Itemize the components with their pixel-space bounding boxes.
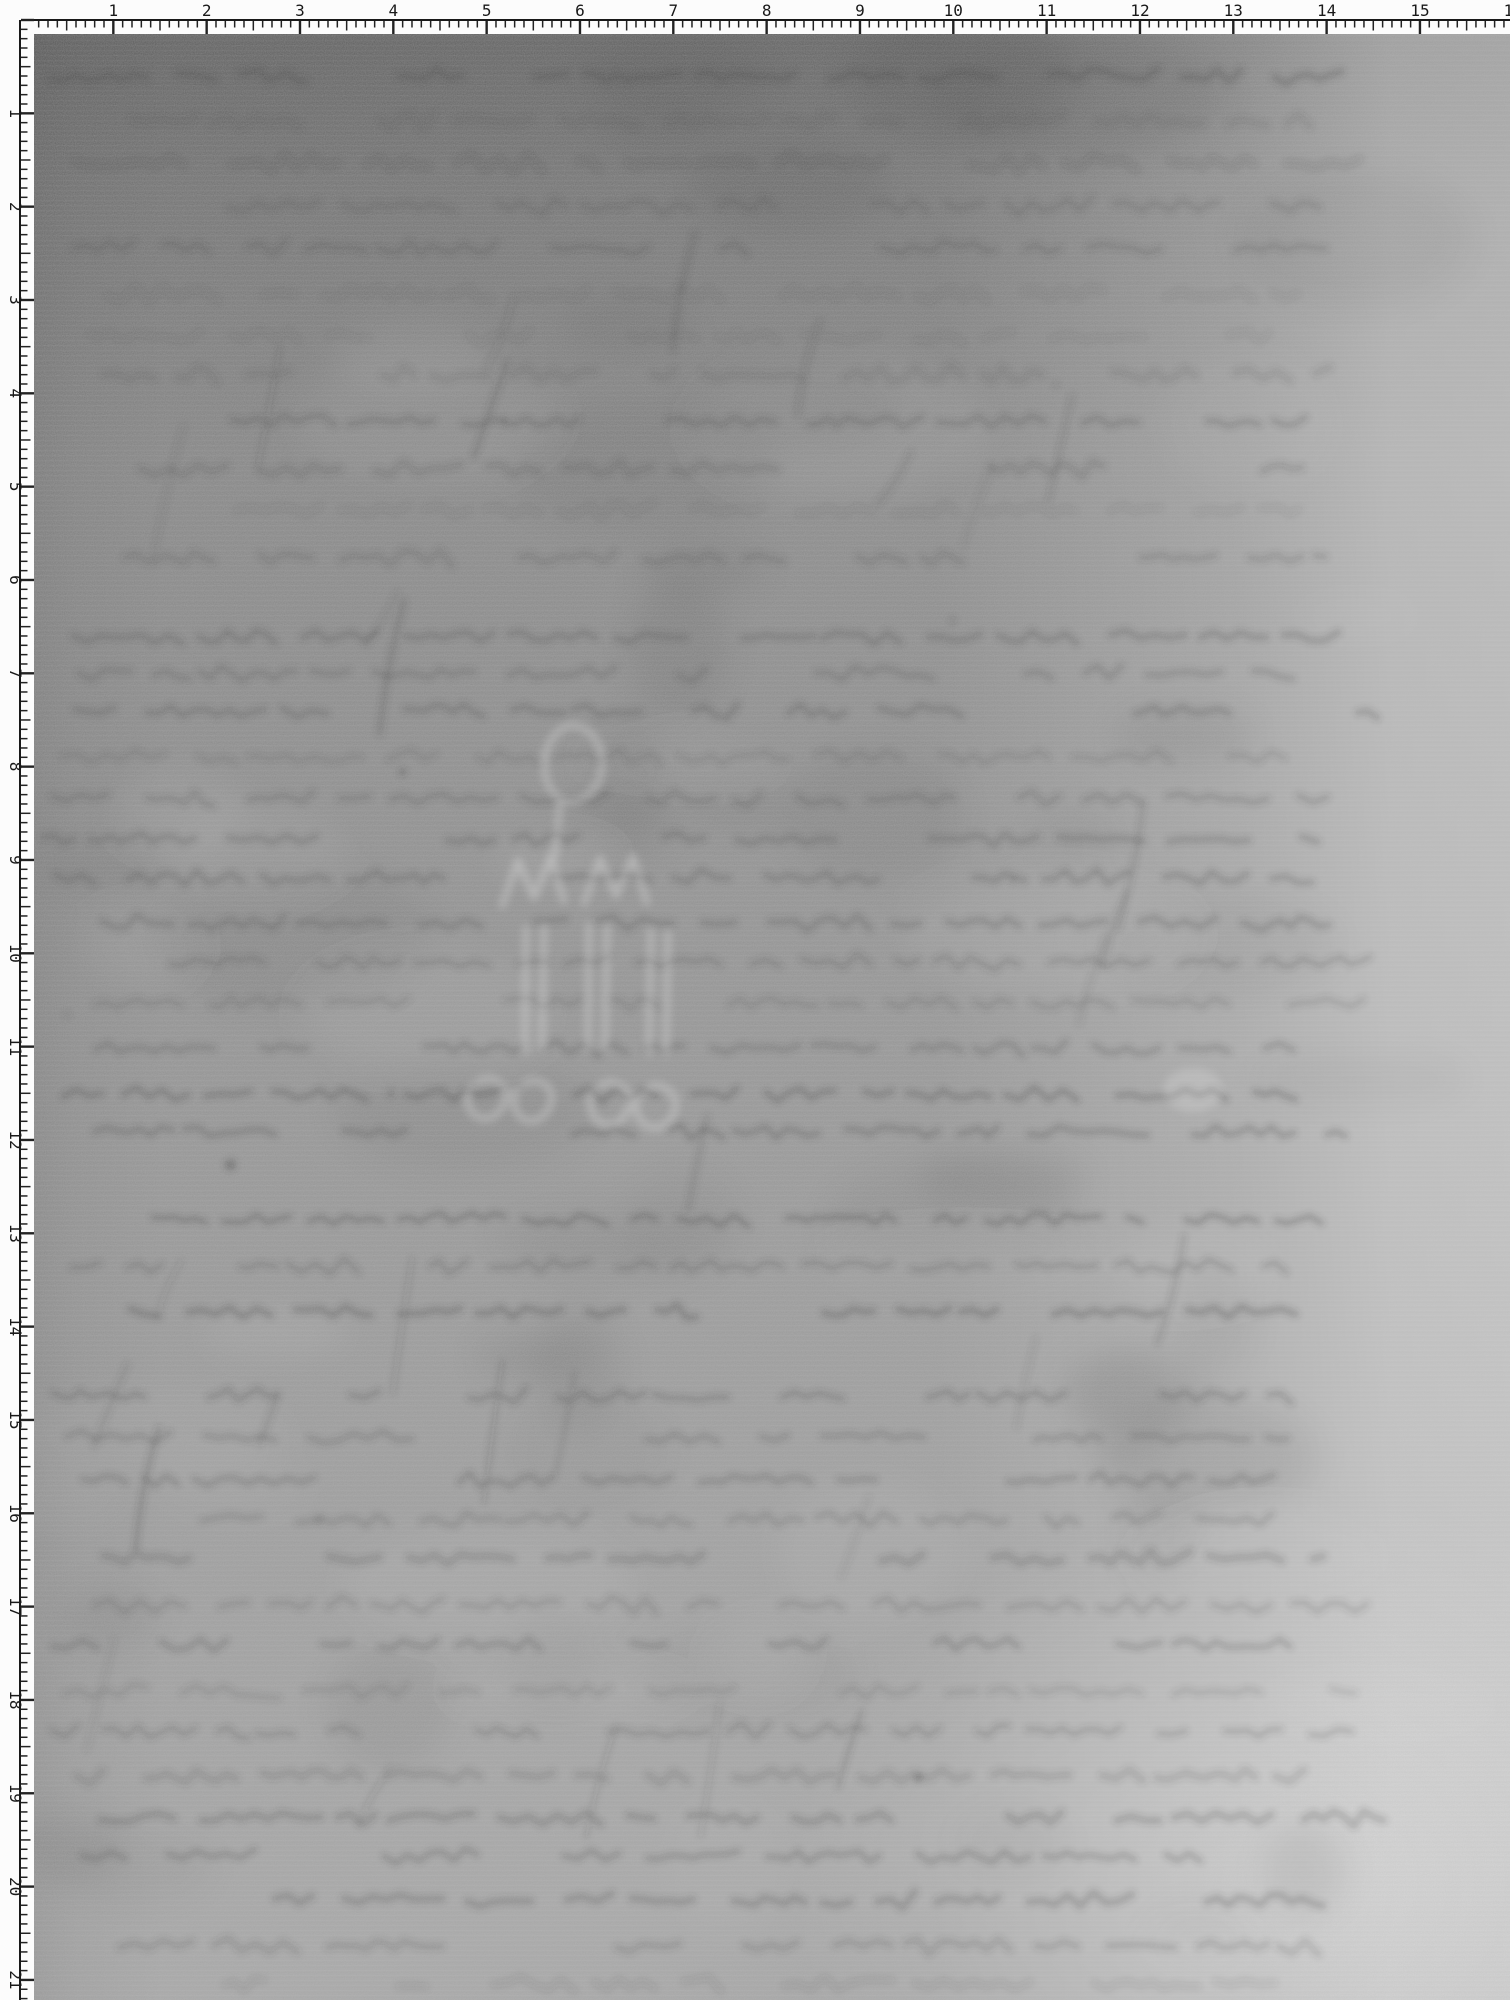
ruler-left-label: 18 bbox=[6, 1690, 25, 1709]
ruler-left-label: 9 bbox=[6, 855, 25, 865]
ruler-top-label: 10 bbox=[944, 1, 963, 20]
film-grain bbox=[0, 0, 1510, 2000]
ruler-left-label: 8 bbox=[6, 762, 25, 772]
ruler-top-label: 7 bbox=[668, 1, 678, 20]
manuscript-artwork-layer bbox=[0, 0, 1510, 2000]
ruler-top-label: 4 bbox=[388, 1, 398, 20]
ruler-top-label: 12 bbox=[1130, 1, 1149, 20]
ruler-top-background bbox=[0, 0, 1510, 34]
ruler-top: 012345678910111213141516 bbox=[0, 0, 1510, 34]
ruler-top-label: 11 bbox=[1037, 1, 1056, 20]
ruler-top-label: 8 bbox=[762, 1, 772, 20]
ruler-top-label: 3 bbox=[295, 1, 305, 20]
ruler-left-label: 19 bbox=[6, 1784, 25, 1803]
ruler-left-label: 4 bbox=[6, 388, 25, 398]
ruler-top-label: 15 bbox=[1410, 1, 1429, 20]
ruler-top-label: 9 bbox=[855, 1, 865, 20]
ruler-top-label: 5 bbox=[482, 1, 492, 20]
ruler-left-label: 12 bbox=[6, 1130, 25, 1149]
manuscript-scan: 012345678910111213141516 123456789101112… bbox=[0, 0, 1510, 2000]
ruler-left-label: 3 bbox=[6, 295, 25, 305]
ruler-left-label: 2 bbox=[6, 202, 25, 212]
ruler-left-label: 20 bbox=[6, 1877, 25, 1896]
ruler-left-label: 14 bbox=[6, 1317, 25, 1336]
ruler-left-label: 13 bbox=[6, 1224, 25, 1243]
ruler-top-label: 1 bbox=[109, 1, 119, 20]
ruler-left-label: 21 bbox=[6, 1970, 25, 1989]
ruler-left-label: 5 bbox=[6, 482, 25, 492]
ruler-left-label: 11 bbox=[6, 1037, 25, 1056]
ruler-left-label: 10 bbox=[6, 944, 25, 963]
ruler-top-label: 2 bbox=[202, 1, 212, 20]
ruler-left-label: 16 bbox=[6, 1504, 25, 1523]
ruler-left-label: 7 bbox=[6, 668, 25, 678]
ruler-left-label: 6 bbox=[6, 575, 25, 585]
ruler-left-label: 15 bbox=[6, 1410, 25, 1429]
ruler-left-label: 17 bbox=[6, 1597, 25, 1616]
ruler-top-label: 6 bbox=[575, 1, 585, 20]
ruler-top-label: 16 bbox=[1504, 1, 1510, 20]
ruler-left-label: 1 bbox=[6, 109, 25, 119]
ruler-top-label: 14 bbox=[1317, 1, 1336, 20]
ruler-top-label: 13 bbox=[1224, 1, 1243, 20]
ruler-left: 123456789101112131415161718192021 bbox=[0, 0, 34, 2000]
